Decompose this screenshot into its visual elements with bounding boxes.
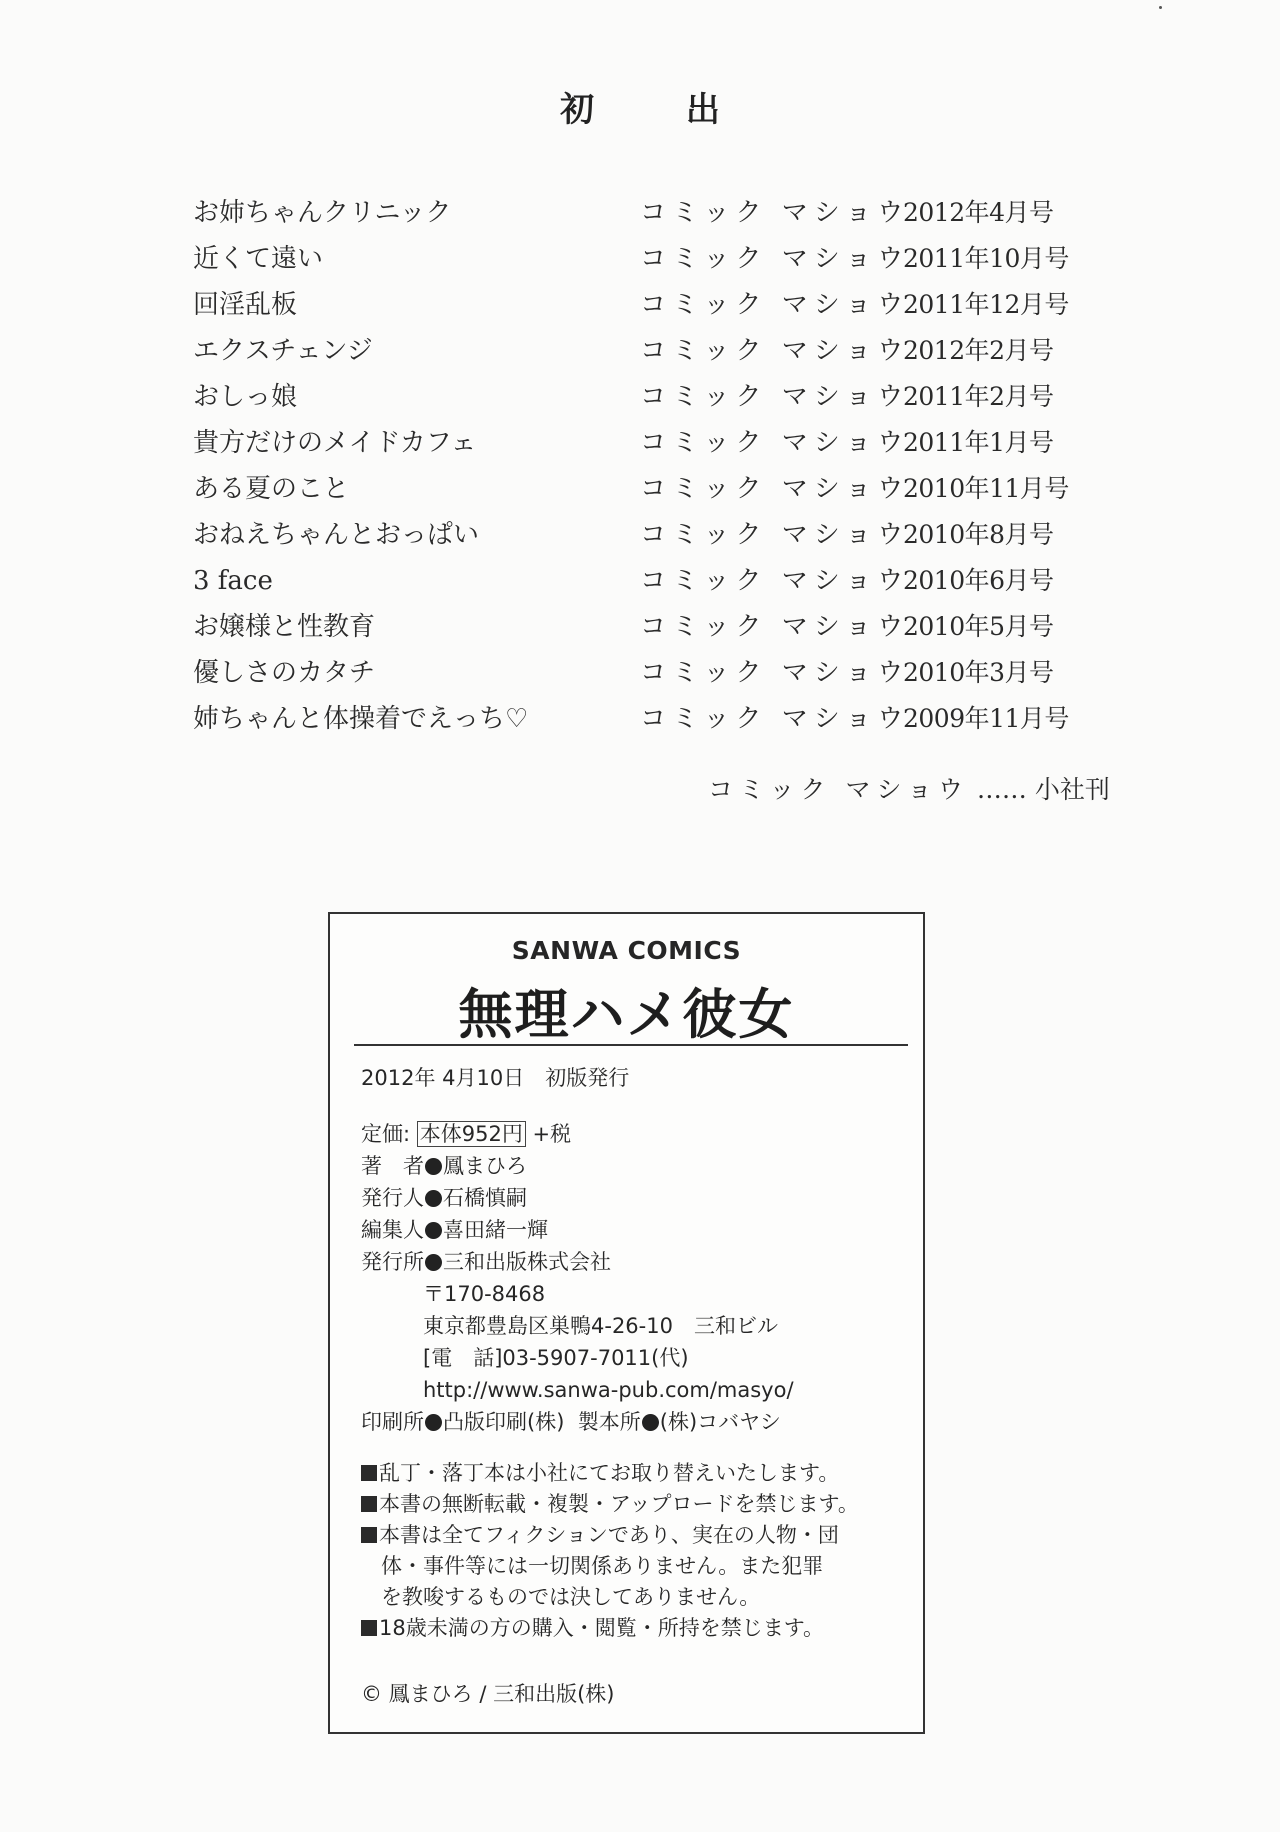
list-item: 優しさのカタチコミック マショウ2010年3月号 [193, 650, 1093, 696]
editor-label: 編集人 [361, 1218, 424, 1242]
list-item: ある夏のことコミック マショウ2010年11月号 [193, 466, 1093, 512]
notice-continuation: 体・事件等には一切関係ありません。また犯罪 [361, 1551, 859, 1582]
magazine-name: コミック マショウ [640, 420, 909, 466]
bullet-icon [425, 1190, 442, 1207]
scan-speck [1159, 6, 1162, 9]
publisher-label: 発行所 [361, 1250, 424, 1274]
first-appearance-list: お姉ちゃんクリニックコミック マショウ2012年4月号 近くて遠いコミック マシ… [193, 190, 1093, 742]
colophon-info: 定価: 本体952円 +税 著 者鳳まひろ 発行人石橋慎嗣 編集人喜田緒一輝 発… [361, 1118, 794, 1438]
square-bullet-icon [361, 1496, 377, 1512]
binder-label: 製本所 [578, 1410, 641, 1434]
magazine-name: コミック マショウ [640, 650, 909, 696]
issuer-name: 石橋慎嗣 [443, 1186, 527, 1210]
story-title: 3 face [193, 558, 273, 604]
list-item: お嬢様と性教育コミック マショウ2010年5月号 [193, 604, 1093, 650]
bullet-icon [425, 1254, 442, 1271]
author-line: 著 者鳳まひろ [361, 1150, 794, 1182]
printer-label: 印刷所 [361, 1410, 424, 1434]
notice-item: 18歳未満の方の購入・閲覧・所持を禁じます。 [361, 1613, 859, 1644]
price-value: 本体952円 [417, 1121, 526, 1147]
postal-code: 〒170-8468 [361, 1278, 794, 1310]
notice-item: 本書の無断転載・複製・アップロードを禁じます。 [361, 1489, 859, 1520]
issue-date: 2011年1月号 [903, 420, 1054, 466]
colophon-box: SANWA COMICS 無理ハメ彼女 2012年 4月10日 初版発行 定価:… [328, 912, 925, 1734]
story-title: 近くて遠い [193, 236, 323, 282]
list-item: 貴方だけのメイドカフェコミック マショウ2011年1月号 [193, 420, 1093, 466]
notice-text: 本書は全てフィクションであり、実在の人物・団 [379, 1523, 839, 1547]
notice-text: 乱丁・落丁本は小社にてお取り替えいたします。 [379, 1461, 839, 1485]
story-title: お姉ちゃんクリニック [193, 190, 451, 236]
price-suffix: +税 [533, 1122, 572, 1146]
issue-date: 2010年5月号 [903, 604, 1054, 650]
story-title: 優しさのカタチ [193, 650, 375, 696]
book-title: 無理ハメ彼女 [330, 972, 923, 1049]
magazine-name: コミック マショウ [640, 374, 909, 420]
note-publisher: 小社刊 [1035, 775, 1110, 804]
issue-date: 2011年10月号 [903, 236, 1069, 282]
notice-item: 乱丁・落丁本は小社にてお取り替えいたします。 [361, 1458, 859, 1489]
publisher-line: 発行所三和出版株式会社 [361, 1246, 794, 1278]
story-title: 姉ちゃんと体操着でえっち♡ [193, 696, 528, 742]
issue-date: 2011年2月号 [903, 374, 1054, 420]
story-title: 回淫乱板 [193, 282, 297, 328]
editor-line: 編集人喜田緒一輝 [361, 1214, 794, 1246]
magazine-name: コミック マショウ [640, 328, 909, 374]
notice-continuation: を教唆するものでは決してありません。 [361, 1582, 859, 1613]
issuer-line: 発行人石橋慎嗣 [361, 1182, 794, 1214]
story-title: おしっ娘 [193, 374, 297, 420]
title-divider [354, 1044, 908, 1046]
notice-item: 本書は全てフィクションであり、実在の人物・団 [361, 1520, 859, 1551]
story-title: ある夏のこと [193, 466, 349, 512]
magazine-name: コミック マショウ [640, 604, 909, 650]
issue-date: 2010年8月号 [903, 512, 1054, 558]
issuer-label: 発行人 [361, 1186, 424, 1210]
price-label: 定価: [361, 1122, 410, 1146]
magazine-name: コミック マショウ [640, 512, 909, 558]
story-title: エクスチェンジ [193, 328, 373, 374]
issue-date: 2009年11月号 [903, 696, 1069, 742]
bullet-icon [425, 1414, 442, 1431]
square-bullet-icon [361, 1527, 377, 1543]
list-item: 姉ちゃんと体操着でえっち♡コミック マショウ2009年11月号 [193, 696, 1093, 742]
issue-date: 2011年12月号 [903, 282, 1069, 328]
page-heading: 初 出 [0, 82, 1280, 131]
notice-text: 18歳未満の方の購入・閲覧・所持を禁じます。 [379, 1616, 824, 1640]
magazine-name: コミック マショウ [640, 558, 909, 604]
issue-date: 2010年11月号 [903, 466, 1069, 512]
editor-name: 喜田緒一輝 [443, 1218, 548, 1242]
list-item: 近くて遠いコミック マショウ2011年10月号 [193, 236, 1093, 282]
square-bullet-icon [361, 1620, 377, 1636]
story-title: 貴方だけのメイドカフェ [193, 420, 476, 466]
list-item: エクスチェンジコミック マショウ2012年2月号 [193, 328, 1093, 374]
note-magazine: コミック マショウ [708, 775, 969, 804]
address: 東京都豊島区巣鴨4-26-10 三和ビル [361, 1310, 794, 1342]
note-separator: …… [977, 775, 1027, 804]
magazine-name: コミック マショウ [640, 282, 909, 328]
list-item: 3 faceコミック マショウ2010年6月号 [193, 558, 1093, 604]
issue-date: 2012年2月号 [903, 328, 1054, 374]
author-name: 鳳まひろ [443, 1154, 527, 1178]
magazine-name: コミック マショウ [640, 466, 909, 512]
binder-name: (株)コバヤシ [660, 1410, 781, 1434]
website-url: http://www.sanwa-pub.com/masyo/ [361, 1374, 794, 1406]
legal-notices: 乱丁・落丁本は小社にてお取り替えいたします。 本書の無断転載・複製・アップロード… [361, 1458, 859, 1644]
issue-date: 2010年3月号 [903, 650, 1054, 696]
price-line: 定価: 本体952円 +税 [361, 1118, 794, 1150]
list-item: お姉ちゃんクリニックコミック マショウ2012年4月号 [193, 190, 1093, 236]
author-label: 著 者 [361, 1154, 424, 1178]
story-title: おねえちゃんとおっぱい [193, 512, 479, 558]
copyright: © 鳳まひろ / 三和出版(株) [361, 1678, 615, 1708]
list-item: おねえちゃんとおっぱいコミック マショウ2010年8月号 [193, 512, 1093, 558]
phone: [電 話]03-5907-7011(代) [361, 1342, 794, 1374]
printer-name: 凸版印刷(株) [443, 1410, 564, 1434]
magazine-name: コミック マショウ [640, 236, 909, 282]
publisher-note: コミック マショウ …… 小社刊 [708, 770, 1110, 806]
series-name: SANWA COMICS [330, 936, 923, 965]
story-title: お嬢様と性教育 [193, 604, 375, 650]
bullet-icon [425, 1222, 442, 1239]
issue-date: 2010年6月号 [903, 558, 1054, 604]
issue-date: 2012年4月号 [903, 190, 1054, 236]
list-item: 回淫乱板コミック マショウ2011年12月号 [193, 282, 1093, 328]
magazine-name: コミック マショウ [640, 696, 909, 742]
publication-date: 2012年 4月10日 初版発行 [361, 1062, 629, 1092]
square-bullet-icon [361, 1465, 377, 1481]
printer-line: 印刷所凸版印刷(株) 製本所(株)コバヤシ [361, 1406, 794, 1438]
magazine-name: コミック マショウ [640, 190, 909, 236]
bullet-icon [425, 1158, 442, 1175]
list-item: おしっ娘コミック マショウ2011年2月号 [193, 374, 1093, 420]
bullet-icon [642, 1414, 659, 1431]
notice-text: 本書の無断転載・複製・アップロードを禁じます。 [379, 1492, 859, 1516]
publisher-name: 三和出版株式会社 [443, 1250, 611, 1274]
